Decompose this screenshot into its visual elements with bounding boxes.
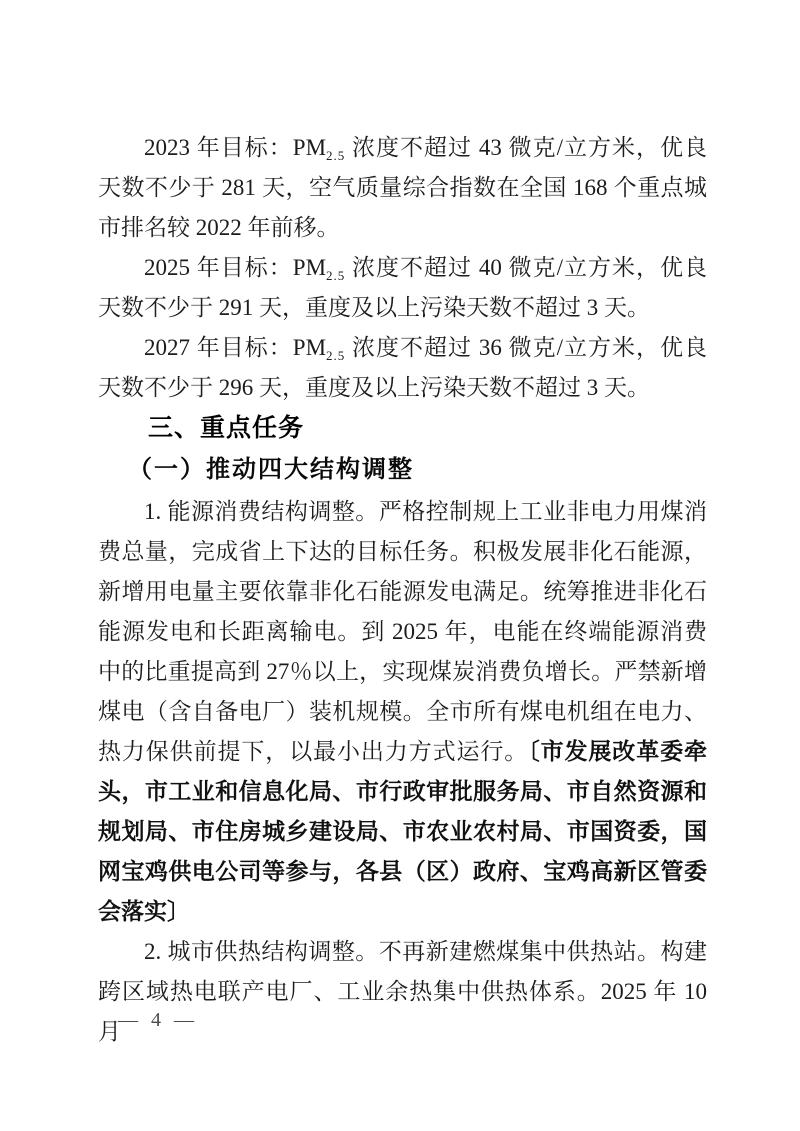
text-run: 2027 年目标：PM — [144, 335, 326, 360]
responsibility-clause: 〔市发展改革委牵头，市工业和信息化局、市行政审批服务局、市自然资源和规划局、市住… — [98, 739, 707, 924]
pm25-subscript: 2.5 — [326, 348, 345, 363]
text-run: （一）推动四大结构调整 — [128, 457, 414, 483]
text-run: 三、重点任务 — [148, 414, 304, 442]
subsection-heading-structural-adjustments: （一）推动四大结构调整 — [98, 448, 707, 492]
section-heading-key-tasks: 三、重点任务 — [98, 408, 707, 448]
task-2-urban-heating-paragraph: 2. 城市供热结构调整。不再新建燃煤集中供热站。构建跨区域热电联产电厂、工业余热… — [98, 932, 707, 1052]
page-number: — 4 — — [118, 1008, 198, 1032]
text-run: 2025 年目标：PM — [144, 255, 326, 280]
target-2027-paragraph: 2027 年目标：PM2.5 浓度不超过 36 微克/立方米，优良天数不少于 2… — [98, 328, 707, 408]
text-run: 2023 年目标：PM — [144, 135, 326, 160]
pm25-subscript: 2.5 — [326, 148, 345, 163]
target-2023-paragraph: 2023 年目标：PM2.5 浓度不超过 43 微克/立方米，优良天数不少于 2… — [98, 128, 707, 248]
task-1-energy-consumption-paragraph: 1. 能源消费结构调整。严格控制规上工业非电力用煤消费总量，完成省上下达的目标任… — [98, 492, 707, 932]
pm25-subscript: 2.5 — [326, 268, 345, 283]
document-page: 2023 年目标：PM2.5 浓度不超过 43 微克/立方米，优良天数不少于 2… — [0, 0, 800, 1131]
target-2025-paragraph: 2025 年目标：PM2.5 浓度不超过 40 微克/立方米，优良天数不少于 2… — [98, 248, 707, 328]
document-body: 2023 年目标：PM2.5 浓度不超过 43 微克/立方米，优良天数不少于 2… — [98, 128, 707, 1052]
text-run: 1. 能源消费结构调整。严格控制规上工业非电力用煤消费总量，完成省上下达的目标任… — [98, 499, 707, 764]
